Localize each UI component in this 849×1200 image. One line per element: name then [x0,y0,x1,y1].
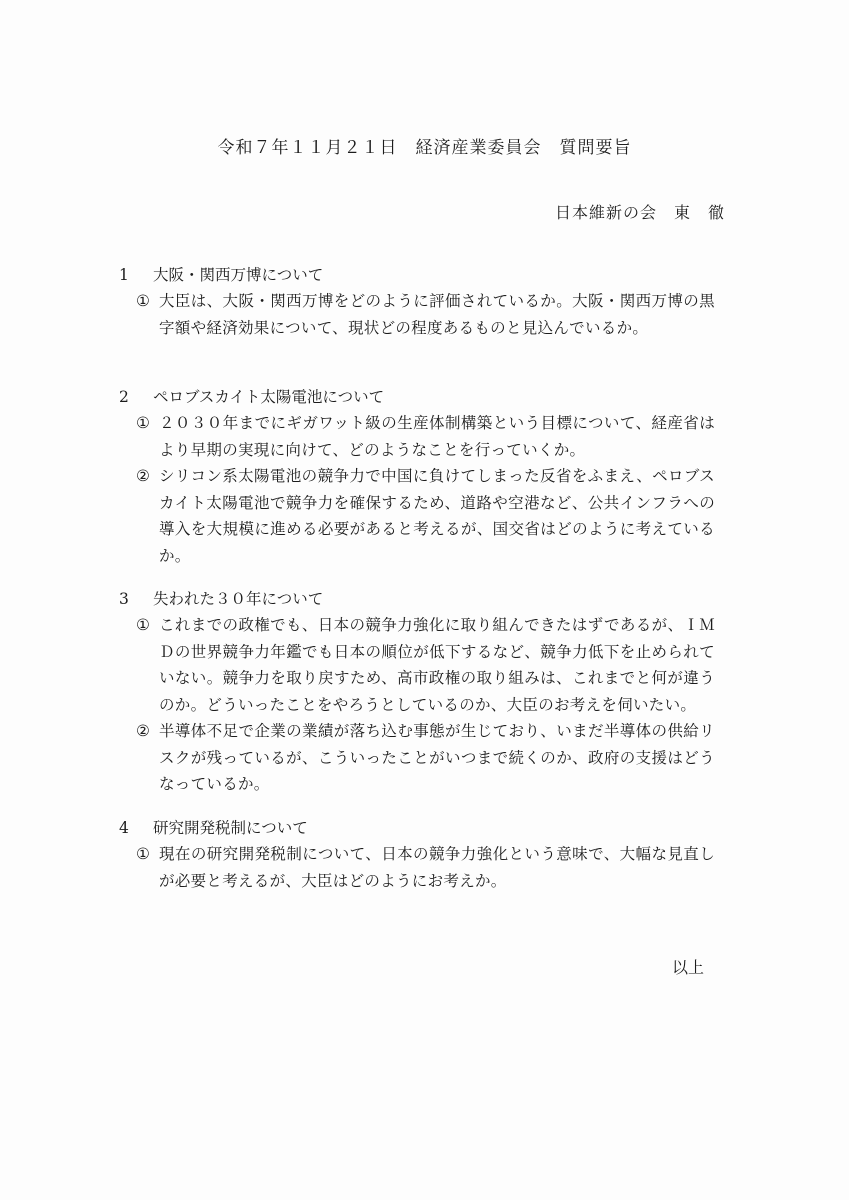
item-text: ２０３０年までにギガワット級の生産体制構築という目標について、経産省はより早期の… [159,410,715,463]
question-item: ① これまでの政権でも、日本の競争力強化に取り組んできたはずであるが、ＩＭＤの世… [119,612,739,718]
question-item: ② シリコン系太陽電池の競争力で中国に負けてしまった反省をふまえ、ペロブスカイト… [119,463,739,569]
section-number: 4 [119,815,153,841]
document-title: 令和７年１１月２１日 経済産業委員会 質問要旨 [0,133,849,158]
section-heading: 2 ペロブスカイト太陽電池について [119,384,739,410]
section-heading: 3 失われた３０年について [119,586,739,612]
item-marker: ① [119,288,159,341]
section-title: 研究開発税制について [153,815,308,841]
section-heading: 4 研究開発税制について [119,815,739,841]
question-item: ① ２０３０年までにギガワット級の生産体制構築という目標について、経産省はより早… [119,410,739,463]
section-4: 4 研究開発税制について ① 現在の研究開発税制について、日本の競争力強化という… [119,815,739,894]
question-item: ① 現在の研究開発税制について、日本の競争力強化という意味で、大幅な見直しが必要… [119,841,739,894]
question-item: ② 半導体不足で企業の業績が落ち込む事態が生じており、いまだ半導体の供給リスクが… [119,718,739,798]
item-text: シリコン系太陽電池の競争力で中国に負けてしまった反省をふまえ、ペロブスカイト太陽… [159,463,715,569]
section-title: 失われた３０年について [153,586,323,612]
document-author: 日本維新の会 東 徹 [555,200,725,223]
section-3: 3 失われた３０年について ① これまでの政権でも、日本の競争力強化に取り組んで… [119,586,739,798]
section-number: 1 [119,262,153,288]
section-number: 3 [119,586,153,612]
item-text: 現在の研究開発税制について、日本の競争力強化という意味で、大幅な見直しが必要と考… [159,841,715,894]
section-2: 2 ペロブスカイト太陽電池について ① ２０３０年までにギガワット級の生産体制構… [119,384,739,569]
section-heading: 1 大阪・関西万博について [119,262,739,288]
item-marker: ① [119,841,159,894]
item-text: 大臣は、大阪・関西万博をどのように評価されているか。大阪・関西万博の黒字額や経済… [159,288,715,341]
item-marker: ① [119,612,159,718]
closing-mark: 以上 [672,955,704,978]
section-1: 1 大阪・関西万博について ① 大臣は、大阪・関西万博をどのように評価されている… [119,262,739,341]
item-marker: ② [119,463,159,569]
section-title: ペロブスカイト太陽電池について [153,384,384,410]
question-item: ① 大臣は、大阪・関西万博をどのように評価されているか。大阪・関西万博の黒字額や… [119,288,739,341]
item-marker: ② [119,718,159,798]
item-marker: ① [119,410,159,463]
section-title: 大阪・関西万博について [153,262,323,288]
document-page: 令和７年１１月２１日 経済産業委員会 質問要旨 日本維新の会 東 徹 1 大阪・… [0,0,849,1200]
section-number: 2 [119,384,153,410]
item-text: 半導体不足で企業の業績が落ち込む事態が生じており、いまだ半導体の供給リスクが残っ… [159,718,715,798]
item-text: これまでの政権でも、日本の競争力強化に取り組んできたはずであるが、ＩＭＤの世界競… [159,612,715,718]
